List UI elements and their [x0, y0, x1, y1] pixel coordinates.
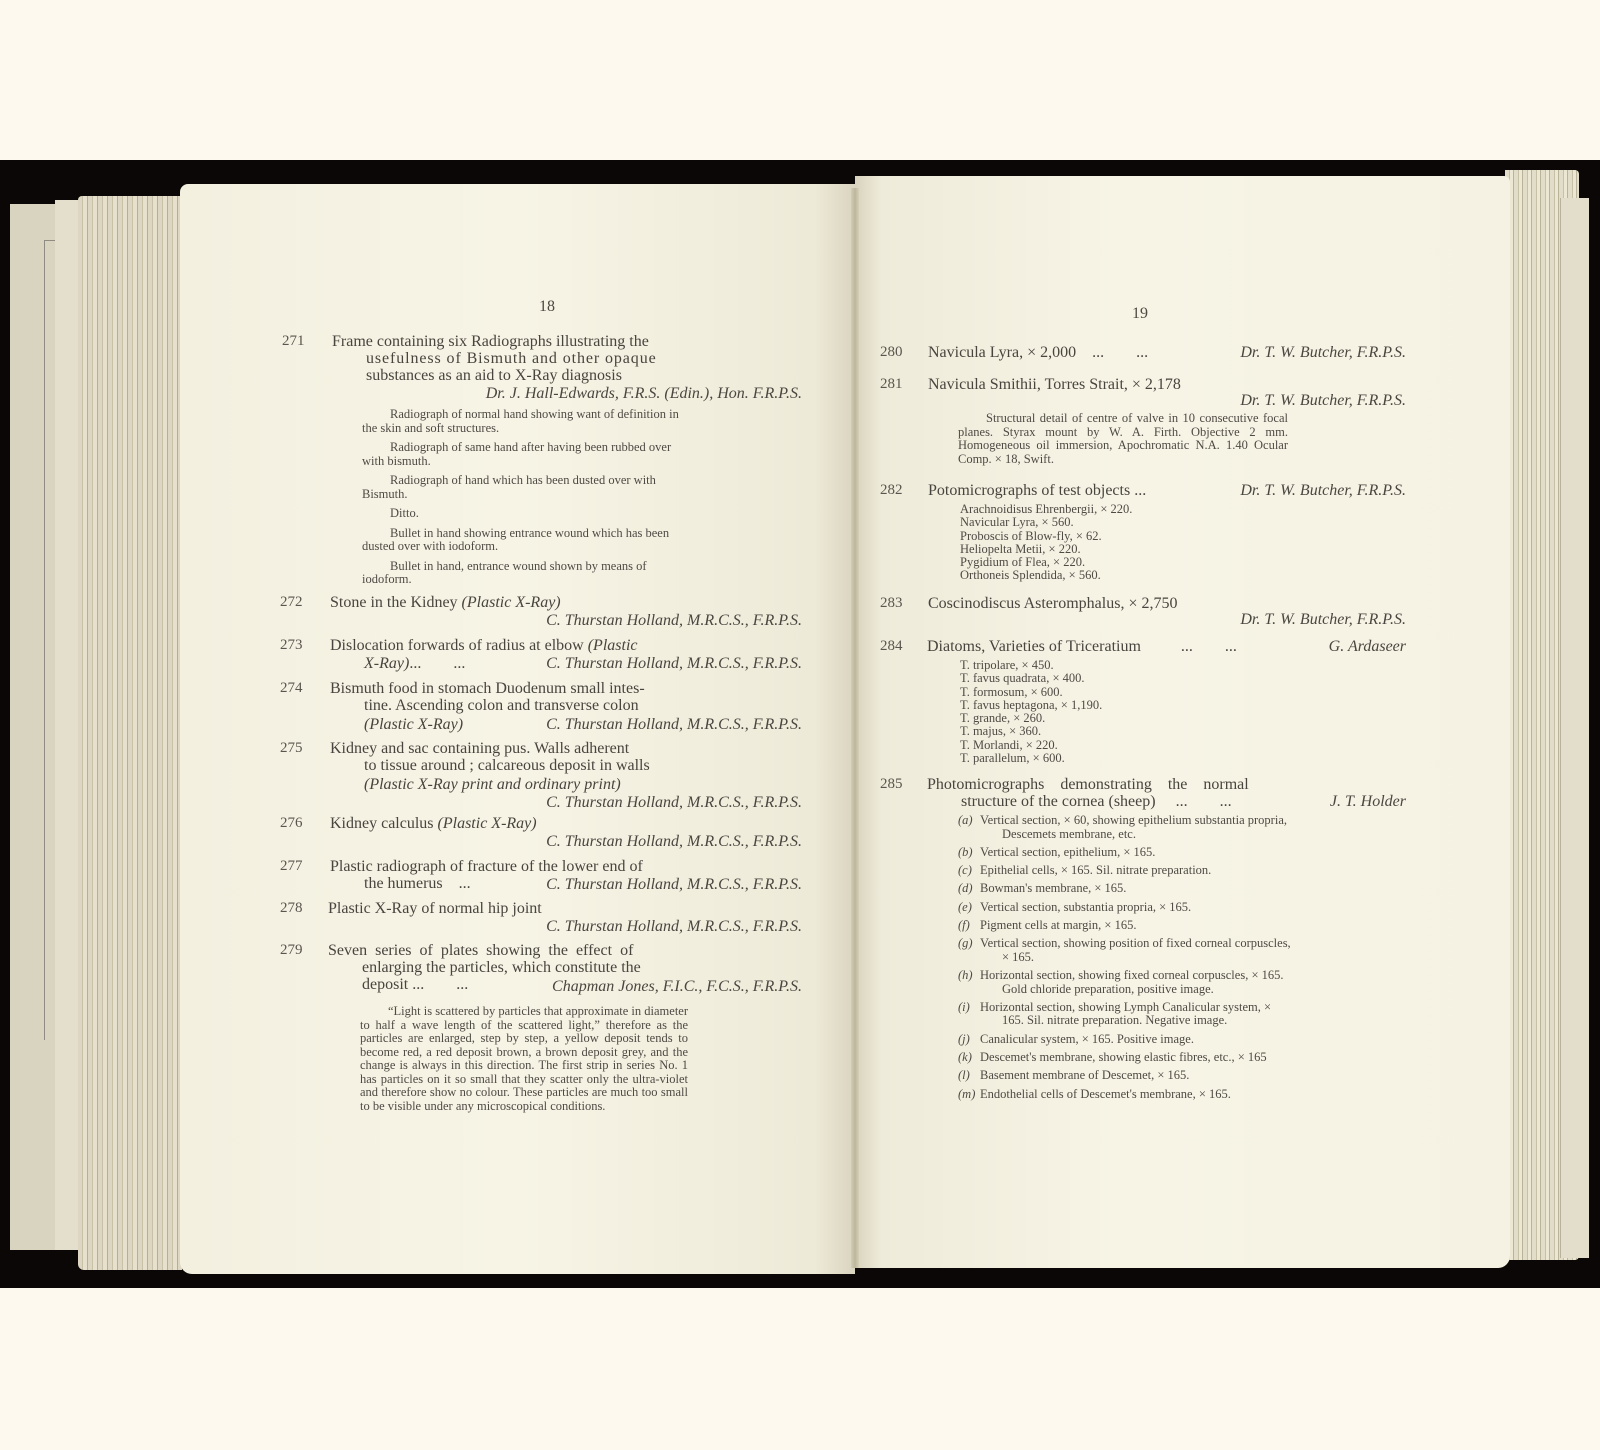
front-cover-board	[1560, 198, 1589, 1258]
entry-author: C. Thurstan Holland, M.R.C.S., F.R.P.S.	[546, 918, 802, 935]
entry-285-items: (a)Vertical section, × 60, showing epith…	[958, 814, 1293, 1106]
entry-number: 278	[280, 900, 303, 917]
entry-number: 276	[280, 815, 303, 832]
entry-number: 284	[880, 638, 903, 655]
entry-number: 282	[880, 482, 903, 499]
entry-author: C. Thurstan Holland, M.R.C.S., F.R.P.S.	[546, 794, 802, 811]
entry-number: 273	[280, 637, 303, 654]
entry-number: 285	[880, 776, 903, 793]
entry-author: G. Ardaseer	[1329, 638, 1406, 655]
entry-author: C. Thurstan Holland, M.R.C.S., F.R.P.S.	[546, 612, 802, 629]
entry-author: Dr. T. W. Butcher, F.R.P.S.	[1240, 611, 1406, 628]
entry-number: 272	[280, 594, 303, 611]
entry-number: 279	[280, 942, 303, 959]
entry-author: C. Thurstan Holland, M.R.C.S., F.R.P.S.	[546, 655, 802, 672]
entry-281-note: Structural detail of centre of valve in …	[958, 412, 1288, 472]
entry-number: 283	[880, 595, 903, 612]
entry-284-items: T. tripolare, × 450. T. favus quadrata, …	[960, 659, 1102, 765]
entry-author: Dr. T. W. Butcher, F.R.P.S.	[1240, 482, 1406, 499]
entry-271-notes: Radiograph of normal hand showing want o…	[362, 408, 692, 593]
left-page-block-edge	[78, 196, 182, 1270]
entry-author: C. Thurstan Holland, M.R.C.S., F.R.P.S.	[546, 716, 802, 733]
entry-number: 271	[282, 333, 305, 350]
entry-number: 275	[280, 740, 303, 757]
entry-author: C. Thurstan Holland, M.R.C.S., F.R.P.S.	[546, 833, 802, 850]
book-gutter	[851, 188, 859, 1268]
entry-number: 274	[280, 680, 303, 697]
entry-author: Dr. T. W. Butcher, F.R.P.S.	[1240, 392, 1406, 409]
entry-author: Dr. T. W. Butcher, F.R.P.S.	[1240, 344, 1406, 361]
entry-author: C. Thurstan Holland, M.R.C.S., F.R.P.S.	[546, 876, 802, 893]
entry-author: Dr. J. Hall-Edwards, F.R.S. (Edin.), Hon…	[486, 385, 802, 402]
page-number-right: 19	[1132, 305, 1148, 323]
entry-author: J. T. Holder	[1330, 793, 1406, 810]
entry-282-items: Arachnoidisus Ehrenbergii, × 220. Navicu…	[960, 503, 1132, 583]
entry-279-quote: “Light is scattered by particles that ap…	[360, 1005, 688, 1119]
page-number-left: 18	[539, 298, 555, 316]
entry-author: Chapman Jones, F.I.C., F.C.S., F.R.P.S.	[552, 978, 802, 995]
entry-number: 277	[280, 858, 303, 875]
entry-number: 281	[880, 376, 903, 393]
entry-number: 280	[880, 344, 903, 361]
